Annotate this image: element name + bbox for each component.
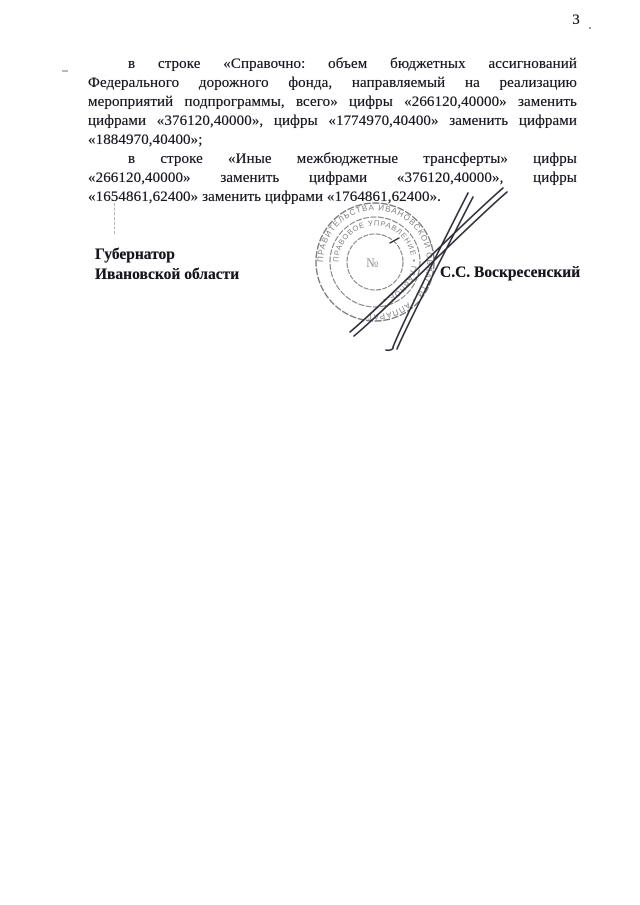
text-line: «1884970,40400»; bbox=[88, 131, 577, 150]
paragraph: в строке «Справочно: объем бюджетных асс… bbox=[88, 55, 577, 150]
page-number: 3 bbox=[566, 12, 586, 29]
signature-ink bbox=[300, 170, 520, 365]
text-line: мероприятий подпрограммы, всего» цифры «… bbox=[88, 93, 577, 112]
text-line: в строке «Справочно: объем бюджетных асс… bbox=[88, 55, 577, 74]
scan-artifact-dash bbox=[62, 70, 68, 72]
signer-title-line: Ивановской области bbox=[95, 265, 239, 285]
document-page: 3 в строке «Справочно: объем бюджетных а… bbox=[0, 0, 640, 905]
text-line: Федерального дорожного фонда, направляем… bbox=[88, 74, 577, 93]
text-line: цифрами «376120,40000», цифры «1774970,4… bbox=[88, 112, 577, 131]
signer-title: Губернатор Ивановской области bbox=[95, 245, 239, 284]
scan-artifact-dot bbox=[589, 27, 591, 29]
signer-title-line: Губернатор bbox=[95, 245, 239, 265]
scan-artifact-line bbox=[114, 203, 115, 234]
text-line: в строке «Иные межбюджетные трансферты» … bbox=[88, 150, 577, 169]
